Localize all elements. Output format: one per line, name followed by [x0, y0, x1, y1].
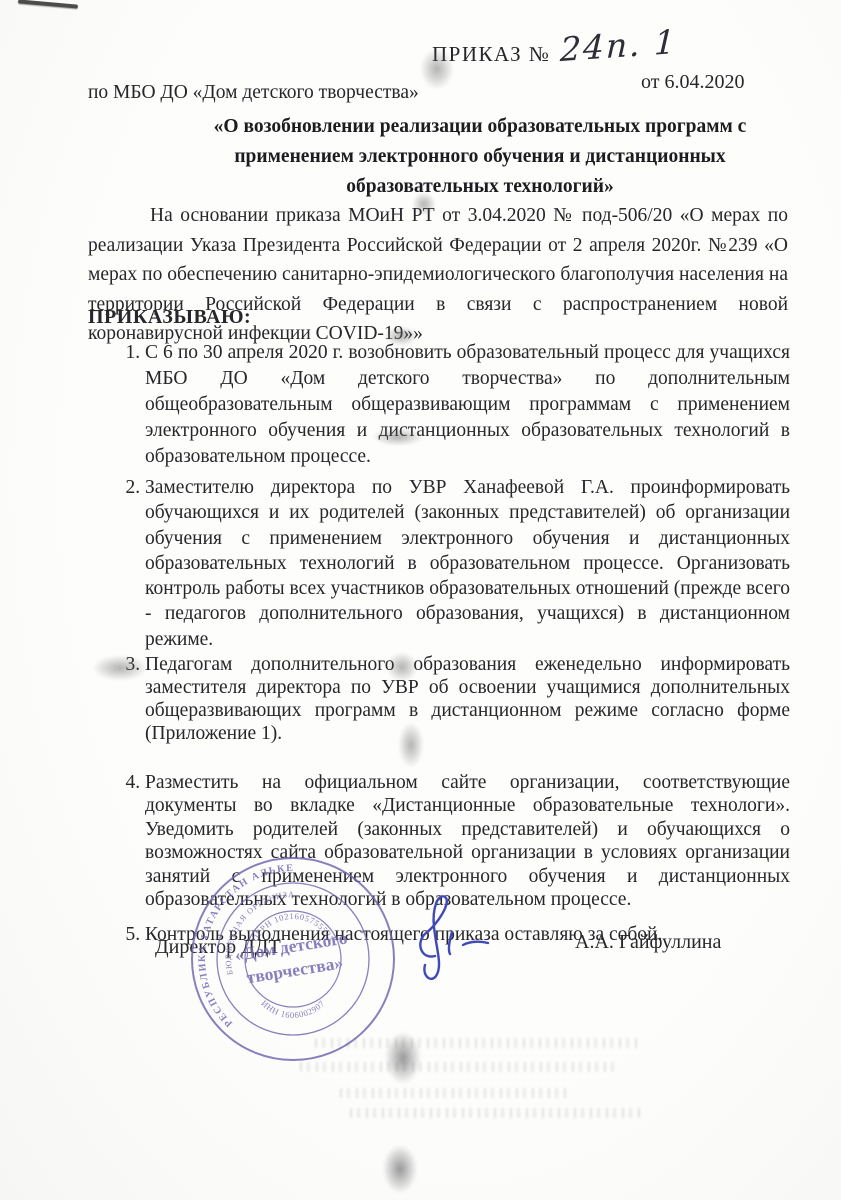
signer-name: А.А. Гайфуллина [575, 931, 721, 954]
scan-artifact [18, 0, 78, 9]
stamp-inn-text: ИНН 1606002907 [259, 998, 326, 1020]
decree-word: ПРИКАЗЫВАЮ: [88, 306, 251, 329]
order-item: С 6 по 30 апреля 2020 г. возобновить обр… [145, 340, 790, 470]
order-label: ПРИКАЗ № [432, 42, 550, 66]
scan-artifact [350, 1108, 640, 1118]
scan-artifact [340, 1088, 570, 1098]
order-item: Заместителю директора по УВР Ханафеевой … [145, 475, 790, 652]
order-title-line: образовательных технологий» [150, 172, 810, 202]
order-heading: ПРИКАЗ №24п. 1 [432, 30, 678, 69]
round-stamp: РЕСПУБЛИКА ТАТАРСТАН АЛЬКЕЕВСКИЙ МУНИЦИП… [186, 852, 400, 1066]
document-page: ПРИКАЗ №24п. 1 по МБО ДО «Дом детского т… [0, 0, 841, 1200]
order-number-handwritten: 24п. 1 [560, 22, 678, 69]
organization-line: по МБО ДО «Дом детского творчества» [88, 82, 419, 104]
order-title-line: применением электронного обучения и дист… [150, 142, 810, 172]
stamp-graphic: РЕСПУБЛИКА ТАТАРСТАН АЛЬКЕЕВСКИЙ МУНИЦИП… [186, 852, 400, 1066]
scan-artifact [383, 1145, 417, 1193]
order-title: «О возобновлении реализации образователь… [150, 112, 810, 202]
order-item: Педагогам дополнительного образования еж… [145, 653, 790, 745]
order-title-line: «О возобновлении реализации образователь… [150, 112, 810, 142]
ink-signature [405, 890, 525, 990]
order-date: от 6.04.2020 [641, 71, 744, 94]
stamp-outer-circle [192, 858, 394, 1060]
